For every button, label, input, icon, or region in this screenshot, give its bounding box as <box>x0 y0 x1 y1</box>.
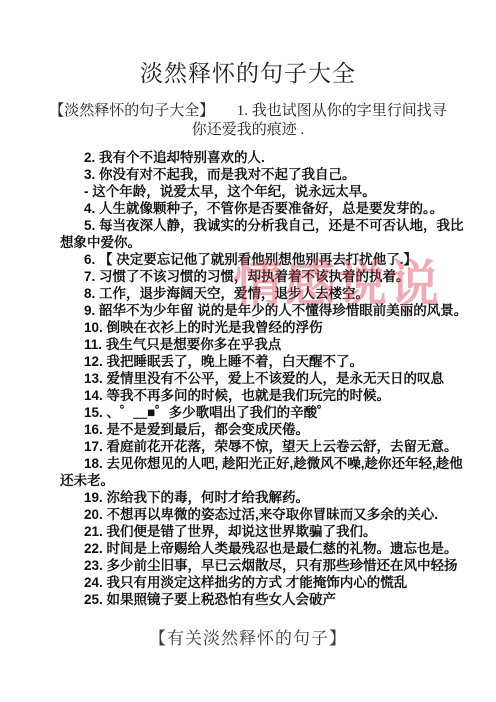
sentence-item: 5. 每当夜深人静，我诚实的分析我自己，还是不可否认地，我比想象中爱你。 <box>60 217 468 251</box>
sentence-item: 20. 不想再以卑微的姿态过活,来夺取你冒昧而又多余的关心. <box>60 506 468 523</box>
sentence-item: 14. 等我不再多问的时候，也就是我们玩完的时候。 <box>60 387 468 404</box>
sentence-item: 25. 如果照镜子要上税恐怕有些女人会破产 <box>60 591 468 608</box>
section-footer-heading: 【有关淡然释怀的句子】 <box>0 624 496 649</box>
sentence-item: 12. 我把睡眠丢了，晚上睡不着，白天醒不了。 <box>60 353 468 370</box>
sentence-item: - 这个年龄，说爱太早，这个年纪，说永远太早。 <box>60 183 468 200</box>
sentence-item: 22. 时间是上帝赐给人类最残忍也是最仁慈的礼物。遗忘也是。 <box>60 540 468 557</box>
sentence-item: 13. 爱情里没有不公平，爱上不该爱的人，是永无天日的叹息 <box>60 370 468 387</box>
page-title: 淡然释怀的句子大全 <box>0 55 496 88</box>
sentence-item: 21. 我们便是错了世界，却说这世界欺骗了我们。 <box>60 523 468 540</box>
sentence-item: 8. 工作，退步海阔天空，爱情，退步人去楼空。 <box>60 285 468 302</box>
document-page: 淡然释怀的句子大全 【淡然释怀的句子大全】 1. 我也试图从你的字里行间找寻你还… <box>0 0 496 702</box>
sentence-item: 2. 我有个不追却特别喜欢的人. <box>60 149 468 166</box>
sentence-item: 24. 我只有用淡定这样拙劣的方式 才能掩饰内心的慌乱 <box>60 574 468 591</box>
sentence-item: 7. 习惯了不该习惯的习惯，却执着着不该执着的执着。 <box>60 268 468 285</box>
sentence-item: 4. 人生就像颗种子，不管你是否要准备好，总是要发芽的。。 <box>60 200 468 217</box>
sentence-item: 16. 是不是爱到最后，都会变成厌倦。 <box>60 421 468 438</box>
sentence-item: 18. 去见你想见的人吧, 趁阳光正好,趁微风不噪,趁你还年轻,趁他还未老。 <box>60 455 468 489</box>
intro-paragraph: 【淡然释怀的句子大全】 1. 我也试图从你的字里行间找寻你还爱我的痕迹 . <box>48 102 448 140</box>
sentence-item: 11. 我生气只是想要你多在乎我点 <box>60 336 468 353</box>
sentence-item: 10. 倒映在衣衫上的时光是我曾经的浮伤 <box>60 319 468 336</box>
sentence-item: 17. 看庭前花开花落，荣辱不惊，望天上云卷云舒，去留无意。 <box>60 438 468 455</box>
sentence-item: 6. 【 决定要忘记他了就别看他别想他别再去打扰他了.】 <box>60 251 468 268</box>
sentence-item: 3. 你没有对不起我，而是我对不起了我自己。 <box>60 166 468 183</box>
sentence-item: 9. 韶华不为少年留 说的是年少的人不懂得珍惜眼前美丽的风景。 <box>60 302 468 319</box>
sentence-list: 2. 我有个不追却特别喜欢的人.3. 你没有对不起我，而是我对不起了我自己。- … <box>0 149 496 608</box>
sentence-item: 23. 多少前尘旧事，早已云烟散尽，只有那些珍惜还在风中轻扬 <box>60 557 468 574</box>
sentence-item: 15. 、゜＿■゜多少歌唱出了我们的辛酸゜ <box>60 404 468 421</box>
sentence-item: 19. 沵给我下的毒，何时才给我解药。 <box>60 489 468 506</box>
